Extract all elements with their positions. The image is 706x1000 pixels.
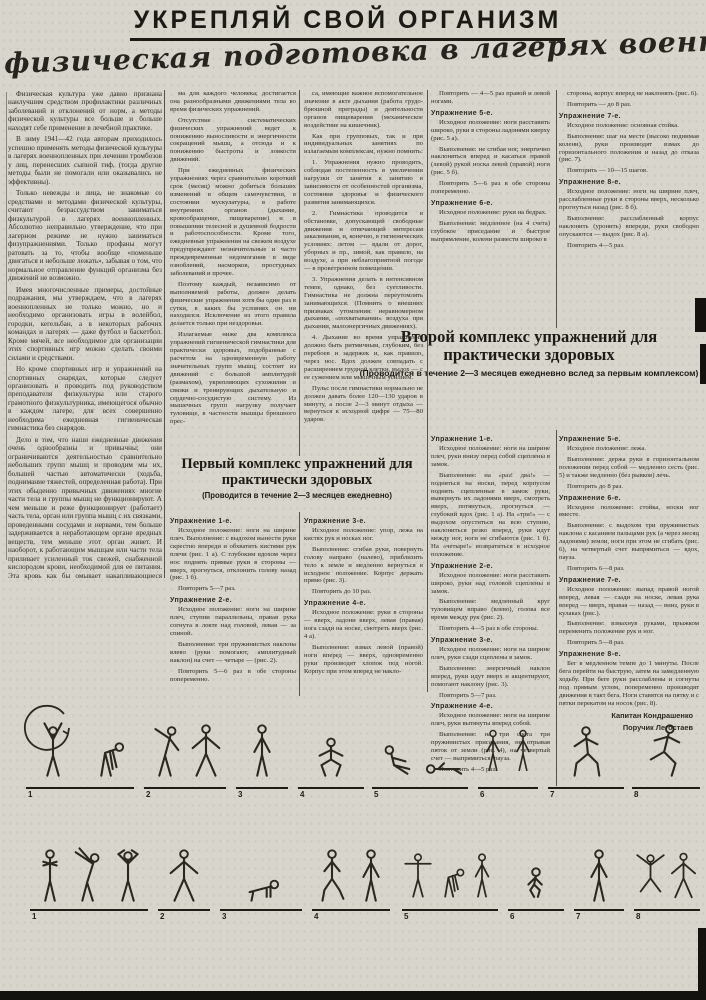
exercise-heading: Упражнение 2-е.	[170, 597, 296, 604]
paragraph: Повторить 5—7 раз.	[170, 585, 296, 593]
ink-mark	[695, 298, 706, 332]
figure-number: 4	[300, 790, 304, 799]
column-divider	[6, 92, 7, 560]
figure-group: 1	[26, 712, 134, 789]
exercise-figure-icon	[88, 714, 126, 786]
exercise-heading: Упражнение 6-е.	[559, 495, 699, 502]
paragraph: Исходное положение: ноги на ширине плеч,…	[431, 646, 550, 662]
figure-group: 8	[634, 840, 700, 911]
paragraph: Поэтому каждый, независимо от выполняемо…	[170, 281, 296, 328]
figure-baseline: 6	[478, 787, 538, 789]
exercise-figure-icon	[478, 714, 508, 786]
exercise-figure-icon	[647, 714, 685, 786]
text-column-col4a: Повторить — 4—5 раз правой и левой ногам…	[431, 90, 550, 328]
exercise-figure-icon	[425, 714, 463, 786]
paragraph: Исходное положение: руки в стороны — вве…	[304, 609, 423, 641]
figure-baseline: 7	[574, 909, 624, 911]
paragraph: Повторить 6—8 раз.	[559, 565, 699, 573]
paragraph: Повторить 5—6 раз в обе стороны попереме…	[170, 668, 296, 684]
exercise-figure-icon	[634, 842, 667, 908]
paragraph: Выполнение: медленное (на 4 счета) глубо…	[431, 220, 550, 244]
figure-number: 6	[510, 912, 514, 921]
text-column-col1: Физическая культура уже давно признана н…	[8, 90, 162, 582]
figure-baseline: 6	[508, 909, 564, 911]
paragraph: стороны, корпус вперед не наклонять (рис…	[559, 90, 699, 98]
column-divider	[164, 90, 165, 578]
paragraph: Выполнение: шаг на месте (высоко поднима…	[559, 133, 699, 165]
figure-number: 3	[238, 790, 242, 799]
paragraph: Выполнение: расслабленный корпус наклони…	[559, 215, 699, 239]
figure-number: 4	[314, 912, 318, 921]
figure-group: 7	[548, 712, 624, 789]
paragraph: Выполнение: медленный круг туловищем впр…	[431, 598, 550, 622]
figure-number: 2	[146, 790, 150, 799]
paragraph: 1. Упражнения нужно проводить, соблюдая …	[304, 159, 423, 206]
figure-baseline: 5	[402, 909, 498, 911]
paragraph: Повторить до 8 раз.	[559, 483, 699, 491]
exercise-heading: Упражнение 8-е.	[559, 651, 699, 658]
figure-number: 6	[480, 790, 484, 799]
figure-group: 4	[312, 840, 390, 911]
figure-number: 1	[32, 912, 36, 921]
figure-baseline: 2	[144, 787, 226, 789]
paragraph: Пульс после гимнастики нормально не долж…	[304, 385, 423, 425]
paragraph: Отсутствие систематических физических уп…	[170, 117, 296, 164]
exercise-figure-icon	[243, 714, 281, 786]
figure-number: 5	[374, 790, 378, 799]
figure-group: 1	[30, 840, 148, 911]
paragraph: Исходное положение: ноги расставить широ…	[431, 119, 550, 143]
figure-group: 2	[158, 840, 210, 911]
figure-baseline: 3	[220, 909, 302, 911]
exercise-figure-icon	[242, 842, 280, 908]
paragraph: Исходное положение: упор, лежа на кистях…	[304, 527, 423, 543]
exercise-heading: Упражнение 7-е.	[559, 577, 699, 584]
exercise-heading: Упражнение 4-е.	[304, 600, 423, 607]
paragraph: 2. Гимнастика проводится в обстановке, д…	[304, 210, 423, 273]
paragraph: Излагаемые ниже два комплекса упражнений…	[170, 331, 296, 426]
paragraph: Повторить — 10—15 шагов.	[559, 167, 699, 175]
column-divider	[299, 90, 300, 456]
exercise-heading: Упражнение 4-е.	[431, 703, 550, 710]
paragraph: Исходное положение: лежа.	[559, 445, 699, 453]
paragraph: Выполнение: держа руки в горизонтальном …	[559, 456, 699, 480]
exercise-figure-icon	[165, 842, 203, 908]
figure-group: 5	[372, 712, 468, 789]
exercise-heading: Упражнение 5-е.	[431, 110, 550, 117]
paragraph: Повторить 4—5 раз в обе стороны.	[431, 625, 550, 633]
figure-number: 5	[404, 912, 408, 921]
paragraph: Бег в медленном темпе до 1 минуты. После…	[559, 660, 699, 707]
paragraph: Но кроме спортивных игр и упражнений на …	[8, 365, 162, 433]
figure-group: 7	[574, 840, 624, 911]
paragraph: При ежедневных физических упражнениях че…	[170, 167, 296, 278]
figure-baseline: 4	[298, 787, 364, 789]
figure-baseline: 4	[312, 909, 390, 911]
figure-group: 6	[478, 712, 538, 789]
exercise-heading: Упражнение 8-е.	[559, 179, 699, 186]
figure-number: 2	[160, 912, 164, 921]
figure-baseline: 7	[548, 787, 624, 789]
exercise-figure-icon	[377, 714, 415, 786]
paragraph: Выполнение: три пружинистых наклона влев…	[170, 641, 296, 665]
ink-mark	[700, 344, 706, 384]
paragraph: Выполнение: не сгибая ног, энергично нак…	[431, 146, 550, 178]
exercise-heading: Упражнение 1-е.	[431, 436, 550, 443]
paragraph: Только невежды и лица, не знакомые со ср…	[8, 189, 162, 282]
paragraph: Выполнение: с выдохом три пружинистых на…	[559, 522, 699, 562]
figure-baseline: 3	[236, 787, 288, 789]
exercise-figure-icon	[508, 714, 538, 786]
ink-mark	[0, 991, 706, 1000]
paragraph: Исходное положение: руки на бедрах.	[431, 209, 550, 217]
paragraph: Повторить 4—5 раз.	[559, 242, 699, 250]
figure-baseline: 5	[372, 787, 468, 789]
column-divider	[427, 90, 428, 692]
figure-group: 2	[144, 712, 226, 789]
paragraph: Имея многочисленные примеры, достойные п…	[8, 286, 162, 362]
paragraph: Исходное положение: основная стойка.	[559, 122, 699, 130]
figure-group: 6	[508, 840, 564, 911]
paragraph: Выполнение: на «раз! два!» — подняться н…	[431, 472, 550, 559]
figure-number: 3	[222, 912, 226, 921]
figure-number: 8	[636, 912, 640, 921]
exercise-figure-icon	[146, 714, 184, 786]
exercise-figure-icon	[312, 714, 350, 786]
exercise-figure-icon	[667, 842, 700, 908]
exercise-heading: Упражнение 6-е.	[431, 200, 550, 207]
figure-baseline: 8	[632, 787, 700, 789]
exercise-figure-icon	[517, 842, 555, 908]
exercise-figure-icon	[313, 842, 351, 908]
figure-number: 7	[576, 912, 580, 921]
exercise-figure-icon	[434, 842, 466, 908]
paragraph: ма для каждого человека; достигается она…	[170, 90, 296, 114]
exercise-figure-icon	[352, 842, 390, 908]
exercise-figure-icon	[187, 714, 225, 786]
exercise-heading: Упражнение 3-е.	[304, 518, 423, 525]
paragraph: 4. Дыхание во время упражнений должно бы…	[304, 334, 423, 381]
figure-group: 4	[298, 712, 364, 789]
paragraph: Выполнение: взмах левой (правой) ноги вп…	[304, 644, 423, 676]
paragraph: Повторить — до 8 раз.	[559, 101, 699, 109]
exercise-figure-icon	[466, 842, 498, 908]
exercise-heading: Упражнение 7-е.	[559, 113, 699, 120]
figure-baseline: 2	[158, 909, 210, 911]
ink-mark	[698, 928, 706, 1000]
figure-number: 7	[550, 790, 554, 799]
paragraph: Исходное положение: ноги расставить широ…	[431, 572, 550, 596]
figure-group: 8	[632, 712, 700, 789]
paragraph: 3. Упражнения делать в интенсивном темпе…	[304, 276, 423, 331]
exercise-heading: Упражнение 3-е.	[431, 637, 550, 644]
paragraph: са, имеющие важное вспомогательное значе…	[304, 90, 423, 130]
figure-group: 3	[220, 840, 302, 911]
text-column-col3b: Упражнение 3-е.Исходное положение: упор,…	[304, 514, 423, 696]
paragraph: Выполнение: взмахнув руками, прыжком пер…	[559, 620, 699, 636]
paragraph: Выполнение: сгибая руки, повернуть голов…	[304, 546, 423, 586]
figure-number: 8	[634, 790, 638, 799]
column-divider	[556, 90, 557, 328]
paragraph: Повторить 5—7 раз.	[431, 692, 550, 700]
text-column-col5a: стороны, корпус вперед не наклонять (рис…	[559, 90, 699, 328]
exercise-heading: Упражнение 1-е.	[170, 518, 296, 525]
figure-group: 3	[236, 712, 288, 789]
text-column-col2b: Упражнение 1-е.Исходное положение: ноги …	[170, 514, 296, 696]
paragraph: В зиму 1941—42 года авторам приходилось …	[8, 135, 162, 186]
figure-baseline: 1	[26, 787, 134, 789]
figure-baseline: 8	[634, 909, 700, 911]
paragraph: Повторить до 10 раз.	[304, 588, 423, 596]
paragraph: Физическая культура уже давно признана н…	[8, 90, 162, 132]
exercise-figure-icon	[109, 842, 147, 908]
paragraph: Повторить 5—6 раз в обе стороны попереме…	[431, 180, 550, 196]
exercise-figure-icon	[34, 714, 72, 786]
paragraph: Исходное положение: стойка, носки ног вм…	[559, 504, 699, 520]
exercise-figure-icon	[567, 714, 605, 786]
paragraph: Повторить — 4—5 раз правой и левой ногам…	[431, 90, 550, 106]
paragraph: Исходное положение: выпад правой ногой в…	[559, 586, 699, 618]
first-complex-header: Первый комплекс упражнений для практичес…	[168, 456, 426, 501]
paragraph: Исходное положение: ноги на ширине плеч,…	[431, 445, 550, 469]
paragraph: Исходное положение: ноги на ширине плеч.…	[170, 527, 296, 582]
newspaper-page: УКРЕПЛЯЙ СВОЙ ОРГАНИЗМ физическая подгот…	[0, 0, 706, 1000]
figure-number: 1	[28, 790, 32, 799]
exercise-figure-icon	[402, 842, 434, 908]
exercise-heading: Упражнение 5-е.	[559, 436, 699, 443]
exercise-figure-icon	[580, 842, 618, 908]
paragraph: Как при групповых, так и при индивидуаль…	[304, 133, 423, 157]
column-divider	[299, 512, 300, 696]
text-column-col3a: са, имеющие важное вспомогательное значе…	[304, 90, 423, 462]
paragraph: Выполнение: энергичный наклон вперед, ру…	[431, 665, 550, 689]
exercise-heading: Упражнение 2-е.	[431, 563, 550, 570]
paragraph: Дело в том, что наши ежедневные движения…	[8, 436, 162, 582]
paragraph: Повторить 5—8 раз.	[559, 639, 699, 647]
figure-baseline: 1	[30, 909, 148, 911]
exercise-figure-icon	[31, 842, 69, 908]
text-column-col2a: ма для каждого человека; достигается она…	[170, 90, 296, 458]
exercise-figure-icon	[70, 842, 108, 908]
figure-group: 5	[402, 840, 498, 911]
paragraph: Исходное положение: ноги на ширине плеч,…	[170, 606, 296, 638]
paragraph: Исходное положение: ноги на ширине плеч,…	[559, 188, 699, 212]
first-complex-note: (Проводится в течение 2—3 месяцев ежедне…	[168, 491, 426, 500]
